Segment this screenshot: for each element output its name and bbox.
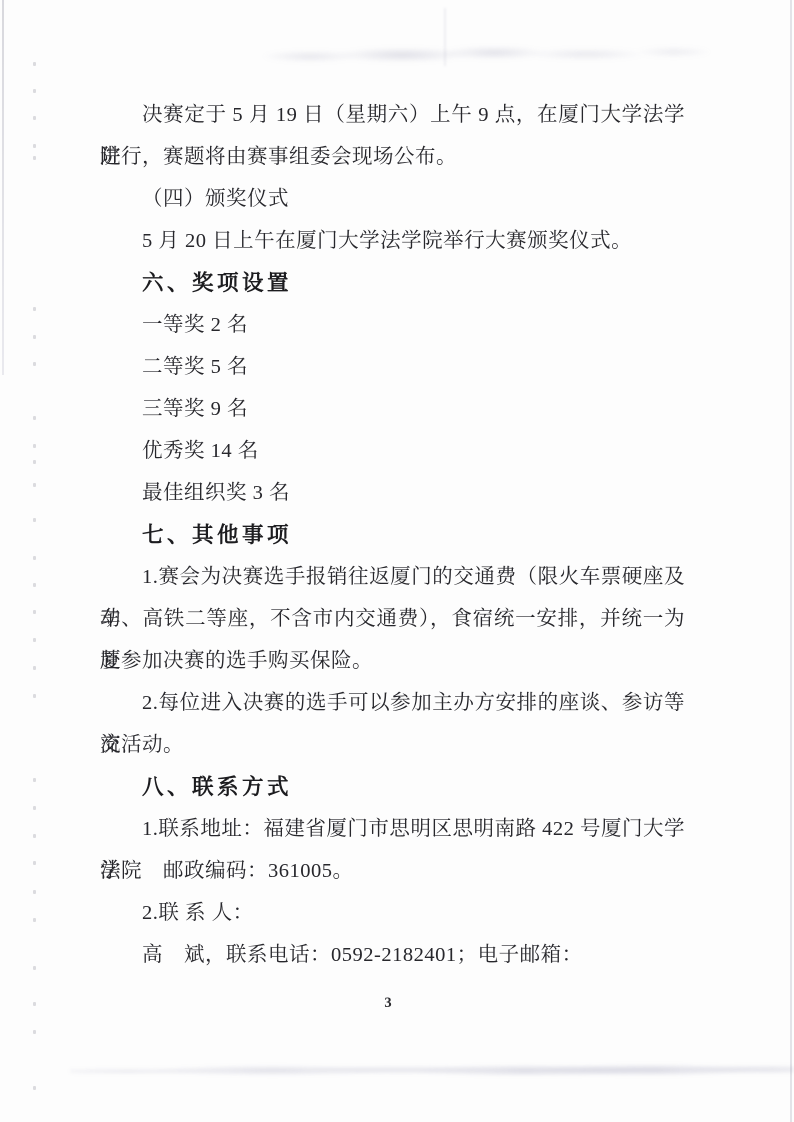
text-line: 2.联 系 人： (100, 892, 685, 934)
scan-speck (33, 638, 36, 642)
text-line: 优秀奖 14 名 (100, 430, 685, 472)
scan-speck (33, 307, 36, 311)
scan-speck (33, 444, 36, 448)
text-line: 学院 邮政编码：361005。 (100, 850, 685, 892)
text-line: （四）颁奖仪式 (100, 178, 685, 220)
scan-speck (33, 556, 36, 560)
scan-speck (33, 778, 36, 782)
scan-speck (33, 116, 36, 120)
scan-bleedthrough-smudge-top (255, 34, 715, 70)
scan-speck (33, 1030, 36, 1034)
scan-speck (33, 890, 36, 894)
text-line: 流活动。 (100, 724, 685, 766)
scan-speck (33, 62, 36, 66)
text-line: 1.联系地址：福建省厦门市思明区思明南路 422 号厦门大学法 (100, 808, 685, 850)
scan-crease-line (444, 8, 446, 66)
scan-speck (33, 918, 36, 922)
text-line: 七、其他事项 (100, 514, 685, 556)
scan-speck (33, 966, 36, 970)
scan-speck (33, 583, 36, 587)
scan-speck (33, 460, 36, 464)
scan-speck (33, 834, 36, 838)
scan-speck (33, 144, 36, 148)
scan-speck (33, 518, 36, 522)
text-line: 车、高铁二等座，不含市内交通费），食宿统一安排，并统一为赴 (100, 598, 685, 640)
scan-speck (33, 416, 36, 420)
text-line: 六、奖项设置 (100, 262, 685, 304)
text-line: 三等奖 9 名 (100, 388, 685, 430)
text-line: 八、联系方式 (100, 766, 685, 808)
scan-speck (33, 806, 36, 810)
text-line: 高 斌，联系电话：0592-2182401；电子邮箱： (100, 934, 685, 976)
text-line: 进行，赛题将由赛事组委会现场公布。 (100, 136, 685, 178)
scan-speck (33, 89, 36, 93)
text-line: 二等奖 5 名 (100, 346, 685, 388)
text-line: 1.赛会为决赛选手报销往返厦门的交通费（限火车票硬座及动 (100, 556, 685, 598)
scan-left-edge-shadow (2, 0, 4, 375)
scan-speck (33, 483, 36, 487)
text-line: 5 月 20 日上午在厦门大学法学院举行大赛颁奖仪式。 (100, 220, 685, 262)
scan-speck (33, 362, 36, 366)
scan-right-edge-shadow (790, 0, 792, 1122)
scan-speck (33, 335, 36, 339)
text-line: 一等奖 2 名 (100, 304, 685, 346)
page-number: 3 (0, 995, 776, 1012)
document-body: 决赛定于 5 月 19 日（星期六）上午 9 点，在厦门大学法学院进行，赛题将由… (100, 94, 685, 976)
scan-speck (33, 861, 36, 865)
scan-speck (33, 694, 36, 698)
scan-speck (33, 1086, 36, 1090)
scan-speck (33, 666, 36, 670)
scan-bleedthrough-smudge-bottom (70, 1058, 794, 1082)
scan-speck (33, 156, 36, 160)
text-line: 厦参加决赛的选手购买保险。 (100, 640, 685, 682)
document-page: 决赛定于 5 月 19 日（星期六）上午 9 点，在厦门大学法学院进行，赛题将由… (0, 0, 794, 1122)
text-line: 决赛定于 5 月 19 日（星期六）上午 9 点，在厦门大学法学院 (100, 94, 685, 136)
scan-speck (33, 610, 36, 614)
text-line: 2.每位进入决赛的选手可以参加主办方安排的座谈、参访等交 (100, 682, 685, 724)
text-line: 最佳组织奖 3 名 (100, 472, 685, 514)
